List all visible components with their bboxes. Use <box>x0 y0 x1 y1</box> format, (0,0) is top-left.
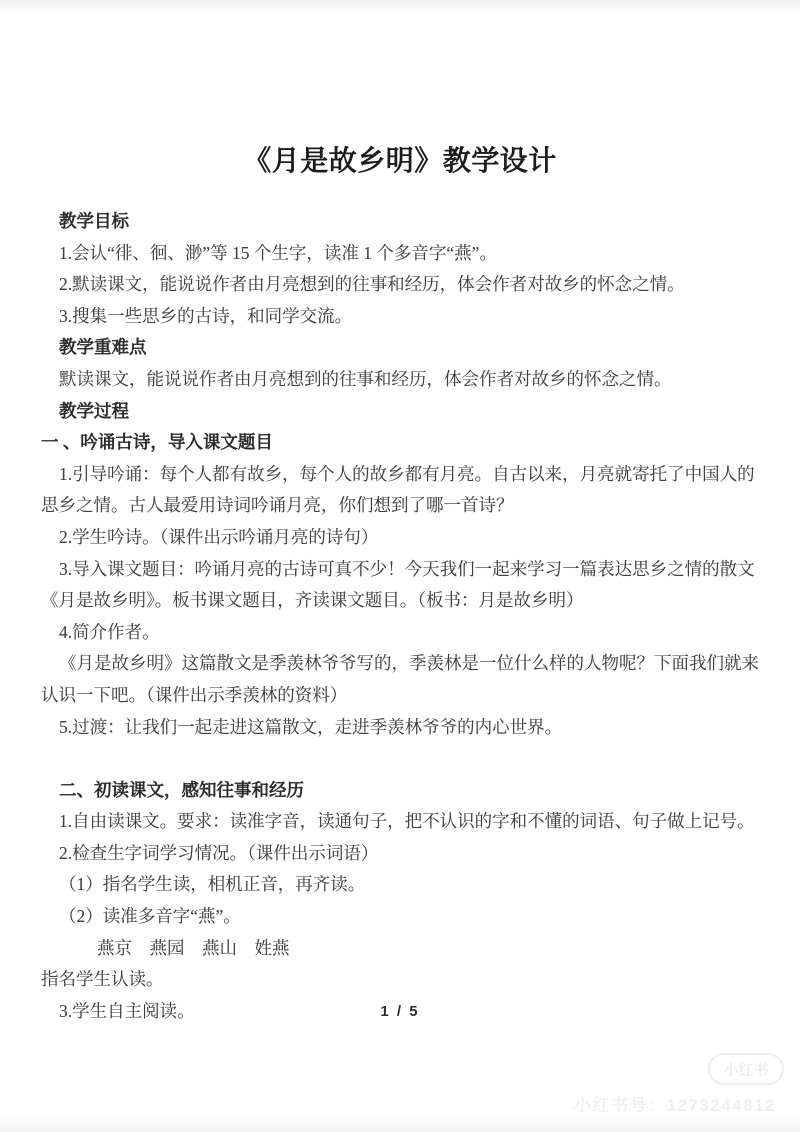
document-page: 《月是故乡明》教学设计 教学目标 1.会认“徘、徊、渺”等 15 个生字，读准 … <box>0 0 800 1132</box>
paragraph: （1）指名学生读，相机正音，再齐读。 <box>41 869 759 901</box>
paragraph: 2.默读课文，能说说作者由月亮想到的往事和经历，体会作者对故乡的怀念之情。 <box>41 269 759 301</box>
paragraph: 1.会认“徘、徊、渺”等 15 个生字，读准 1 个多音字“燕”。 <box>41 238 759 270</box>
paragraph: 4.简介作者。 <box>41 617 759 649</box>
paragraph: 1.引导吟诵：每个人都有故乡，每个人的故乡都有月亮。自古以来，月亮就寄托了中国人… <box>41 459 759 522</box>
xiaohongshu-watermark-badge: 小红书 <box>708 1053 784 1085</box>
section-heading: 一 、吟诵古诗，导入课文题目 <box>41 427 759 459</box>
page-number: 1 / 5 <box>0 1003 800 1020</box>
document-body: 教学目标 1.会认“徘、徊、渺”等 15 个生字，读准 1 个多音字“燕”。 2… <box>41 206 759 1027</box>
paragraph: 3.搜集一些思乡的古诗，和同学交流。 <box>41 301 759 333</box>
document-title-text: 《月是故乡明》教学设计 <box>243 146 557 177</box>
document-title: 《月是故乡明》教学设计 <box>0 144 800 180</box>
paragraph: 默读课文，能说说作者由月亮想到的往事和经历，体会作者对故乡的怀念之情。 <box>41 364 759 396</box>
paragraph: 指名学生认读。 <box>41 964 759 996</box>
paragraph: 《月是故乡明》这篇散文是季羡林爷爷写的，季羡林是一位什么样的人物呢？下面我们就来… <box>41 648 759 711</box>
paragraph: 2.学生吟诗。（课件出示吟诵月亮的诗句） <box>41 522 759 554</box>
paragraph: 5.过渡：让我们一起走进这篇散文，走进季羡林爷爷的内心世界。 <box>41 712 759 744</box>
xiaohongshu-watermark-account: 小红书号：1273244812 <box>574 1091 776 1116</box>
paragraph: 3.导入课文题目：吟诵月亮的古诗可真不少！今天我们一起来学习一篇表达思乡之情的散… <box>41 554 759 617</box>
paragraph: 2.检查生字词学习情况。（课件出示词语） <box>41 838 759 870</box>
section-heading: 教学过程 <box>41 396 759 428</box>
paragraph: （2）读准多音字“燕”。 <box>41 901 759 933</box>
paragraph: 1.自由读课文。要求：读准字音，读通句子，把不认识的字和不懂的词语、句子做上记号… <box>41 806 759 838</box>
section-heading: 教学重难点 <box>41 332 759 364</box>
section-heading: 教学目标 <box>41 206 759 238</box>
section-heading: 二、初读课文，感知往事和经历 <box>41 775 759 807</box>
word-list: 燕京 燕园 燕山 姓燕 <box>41 933 759 965</box>
